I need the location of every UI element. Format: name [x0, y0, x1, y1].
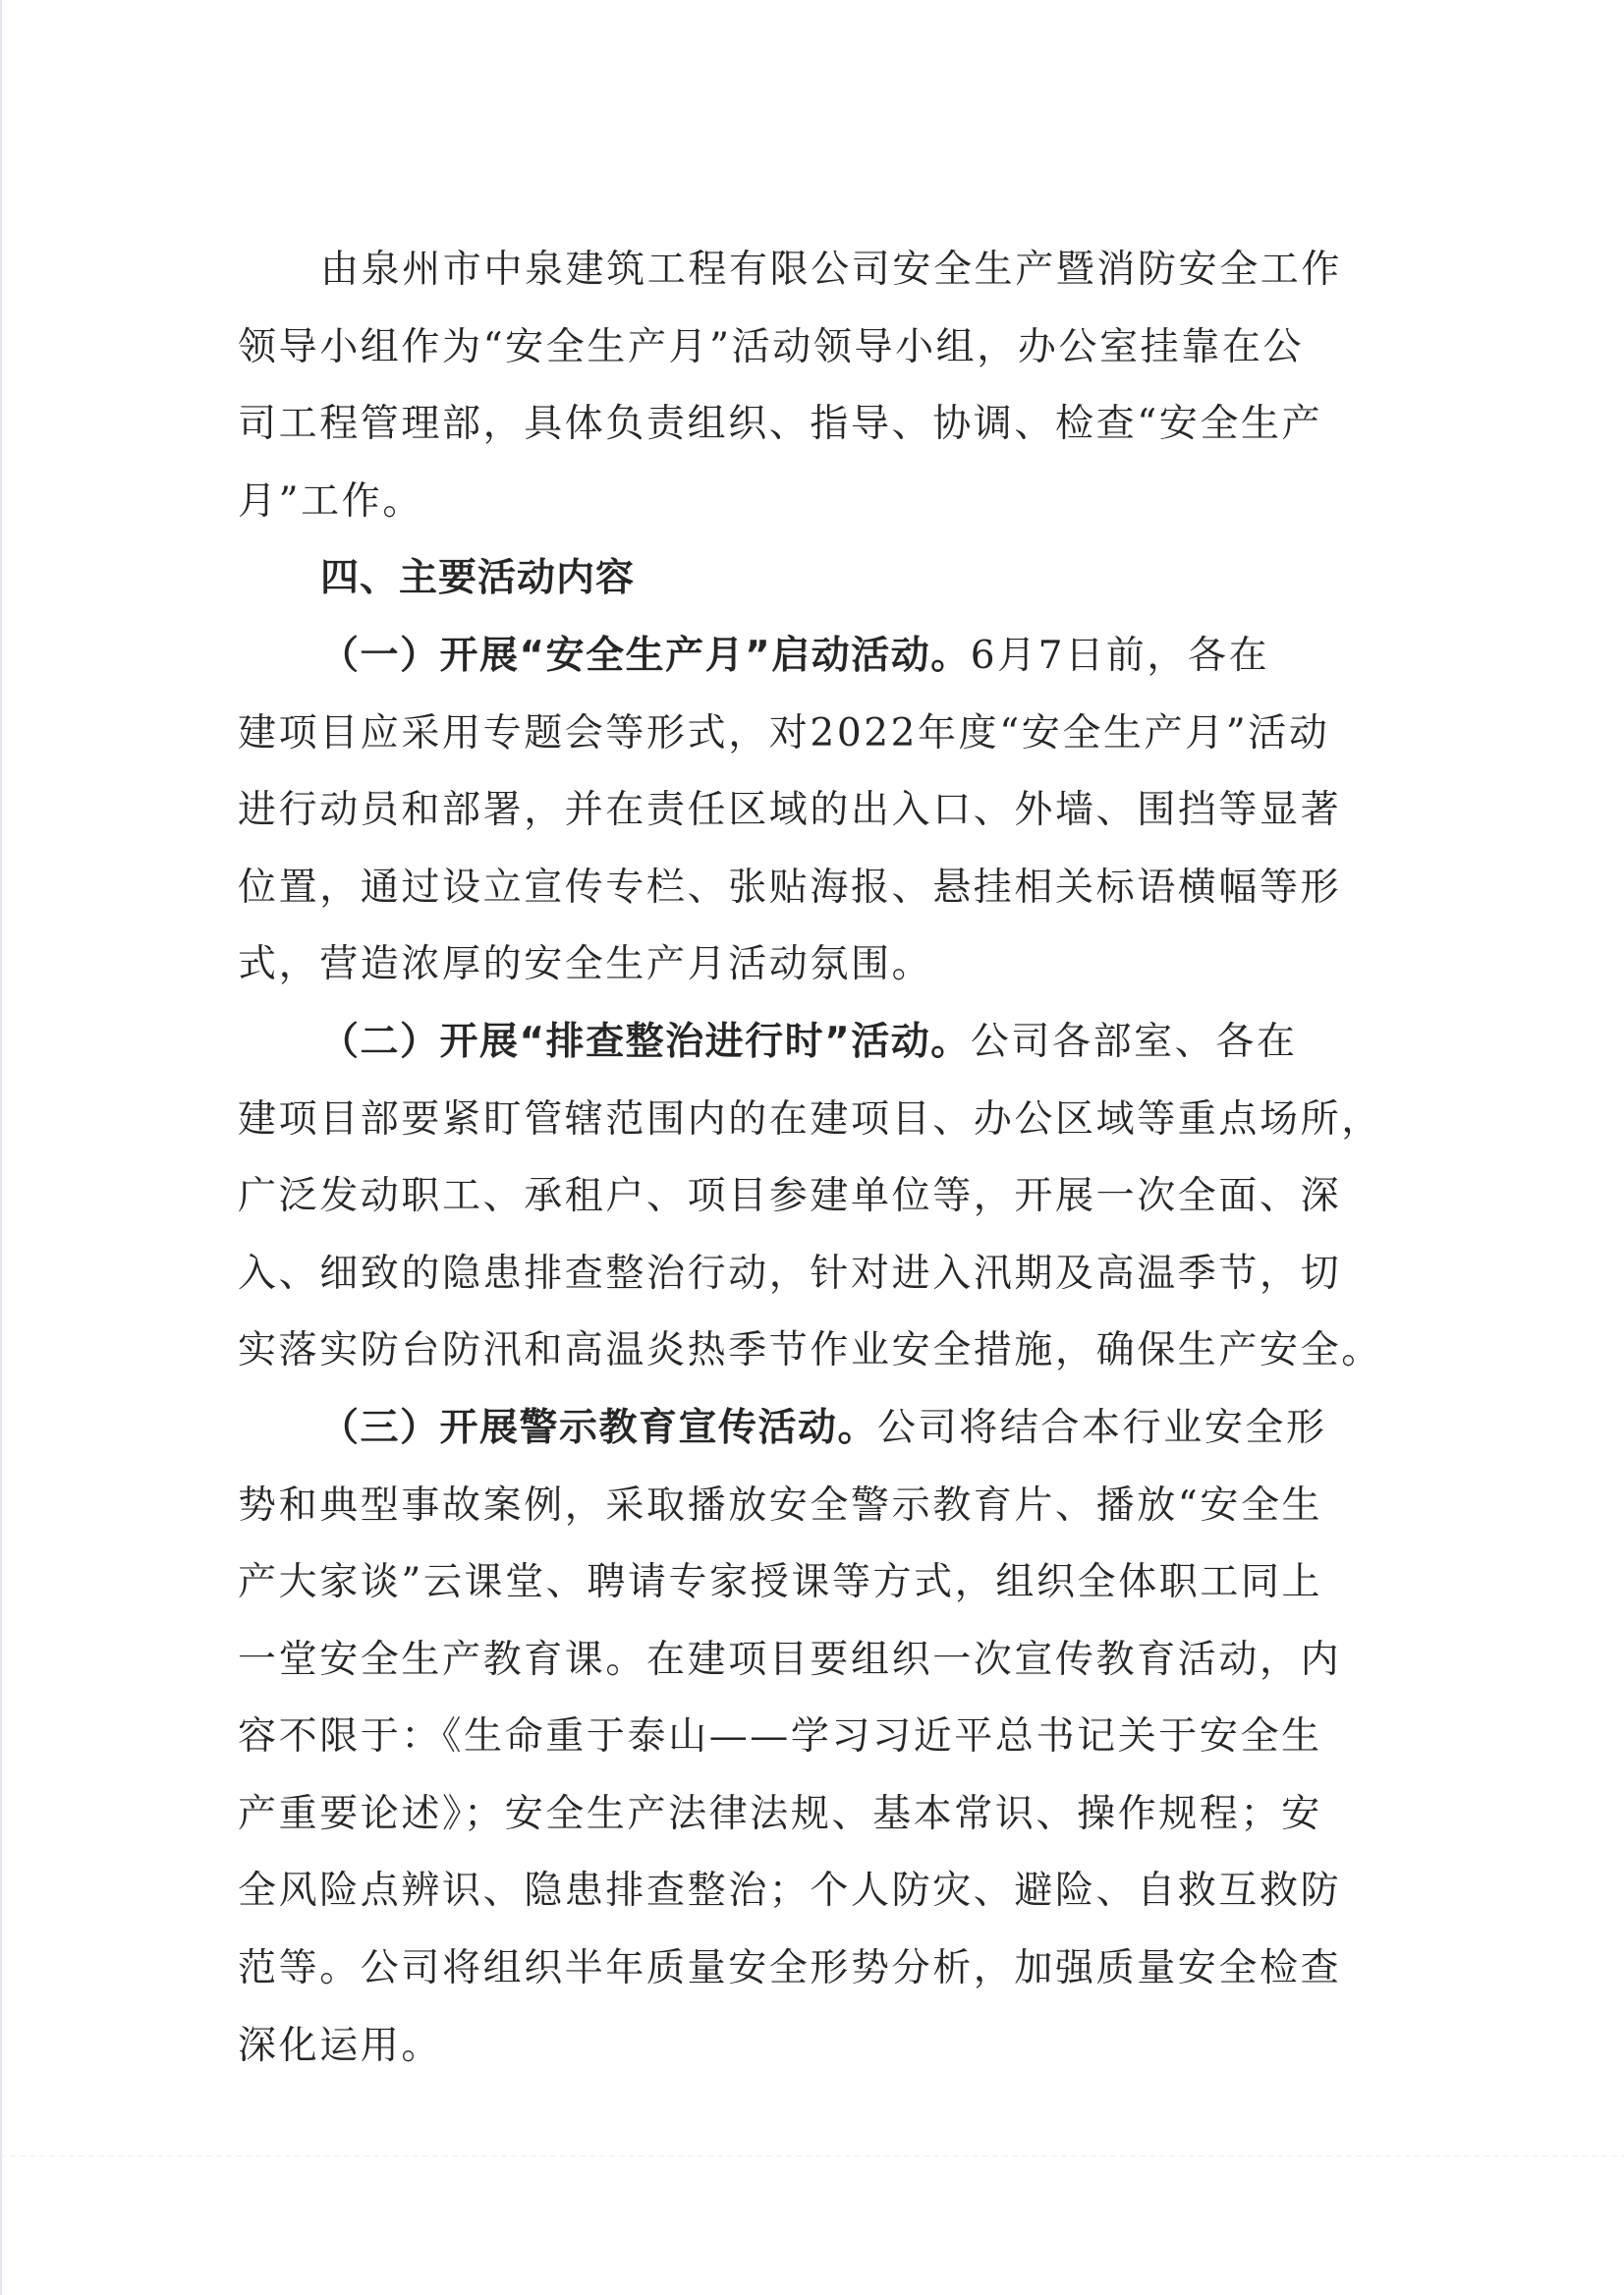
text-line: 势和典型事故案例，采取播放安全警示教育片、播放“安全生 — [238, 1468, 1387, 1545]
text-line: 产大家谈”云课堂、聘请专家授课等方式，组织全体职工同上 — [238, 1544, 1387, 1622]
text-line: 位置，通过设立宣传专栏、张贴海报、悬挂相关标语横幅等形 — [238, 850, 1387, 927]
activity-item-2: （二）开展“排查整治进行时”活动。公司各部室、各在 建项目部要紧盯管辖范围内的在… — [238, 1004, 1387, 1390]
text-line: 建项目部要紧盯管辖范围内的在建项目、办公区域等重点场所， — [238, 1082, 1387, 1159]
text-line: 进行动员和部署，并在责任区域的出入口、外墙、围挡等显著 — [238, 772, 1387, 850]
text-line: 广泛发动职工、承租户、项目参建单位等，开展一次全面、深 — [238, 1158, 1387, 1236]
text-line: 领导小组作为“安全生产月”活动领导小组，办公室挂靠在公 — [238, 309, 1387, 387]
scan-edge — [0, 0, 2, 2295]
text-line: （三）开展警示教育宣传活动。公司将结合本行业安全形 — [238, 1390, 1387, 1468]
item-text: 6月7日前，各在 — [971, 634, 1269, 678]
text-line: （二）开展“排查整治进行时”活动。公司各部室、各在 — [238, 1004, 1387, 1082]
section-heading: 四、主要活动内容 — [238, 540, 1387, 618]
item-lead: （二）开展“排查整治进行时”活动。 — [320, 1020, 971, 1064]
text-line: 司工程管理部，具体负责组织、指导、协调、检查“安全生产 — [238, 386, 1387, 464]
text-line: 容不限于：《生命重于泰山——学习习近平总书记关于安全生 — [238, 1699, 1387, 1776]
item-lead: （一）开展“安全生产月”启动活动。 — [320, 634, 971, 678]
text-line: 全风险点辨识、隐患排查整治；个人防灾、避险、自救互救防 — [238, 1853, 1387, 1931]
text-line: 深化运用。 — [238, 2008, 1387, 2086]
activity-item-1: （一）开展“安全生产月”启动活动。6月7日前，各在 建项目应采用专题会等形式，对… — [238, 618, 1387, 1004]
text-line: 一堂安全生产教育课。在建项目要组织一次宣传教育活动，内 — [238, 1622, 1387, 1700]
text-line: 实落实防台防汛和高温炎热季节作业安全措施，确保生产安全。 — [238, 1313, 1387, 1390]
text-line: 月”工作。 — [238, 464, 1387, 541]
paragraph-leadership-group: 由泉州市中泉建筑工程有限公司安全生产暨消防安全工作 领导小组作为“安全生产月”活… — [238, 232, 1387, 540]
item-text: 公司各部室、各在 — [971, 1020, 1298, 1064]
text-line: 式，营造浓厚的安全生产月活动氛围。 — [238, 926, 1387, 1004]
item-lead: （三）开展警示教育宣传活动。 — [320, 1406, 877, 1450]
text-line: 由泉州市中泉建筑工程有限公司安全生产暨消防安全工作 — [238, 232, 1387, 309]
scan-artifact-line — [0, 2155, 1624, 2156]
activity-item-3: （三）开展警示教育宣传活动。公司将结合本行业安全形 势和典型事故案例，采取播放安… — [238, 1390, 1387, 2085]
item-text: 公司将结合本行业安全形 — [877, 1406, 1327, 1450]
text-line: （一）开展“安全生产月”启动活动。6月7日前，各在 — [238, 618, 1387, 696]
text-line: 建项目应采用专题会等形式，对2022年度“安全生产月”活动 — [238, 696, 1387, 773]
text-line: 范等。公司将组织半年质量安全形势分析，加强质量安全检查 — [238, 1931, 1387, 2008]
document-page: 由泉州市中泉建筑工程有限公司安全生产暨消防安全工作 领导小组作为“安全生产月”活… — [0, 0, 1624, 2295]
text-line: 入、细致的隐患排查整治行动，针对进入汛期及高温季节，切 — [238, 1236, 1387, 1314]
document-body: 由泉州市中泉建筑工程有限公司安全生产暨消防安全工作 领导小组作为“安全生产月”活… — [238, 232, 1387, 2085]
text-line: 产重要论述》；安全生产法律法规、基本常识、操作规程；安 — [238, 1776, 1387, 1854]
